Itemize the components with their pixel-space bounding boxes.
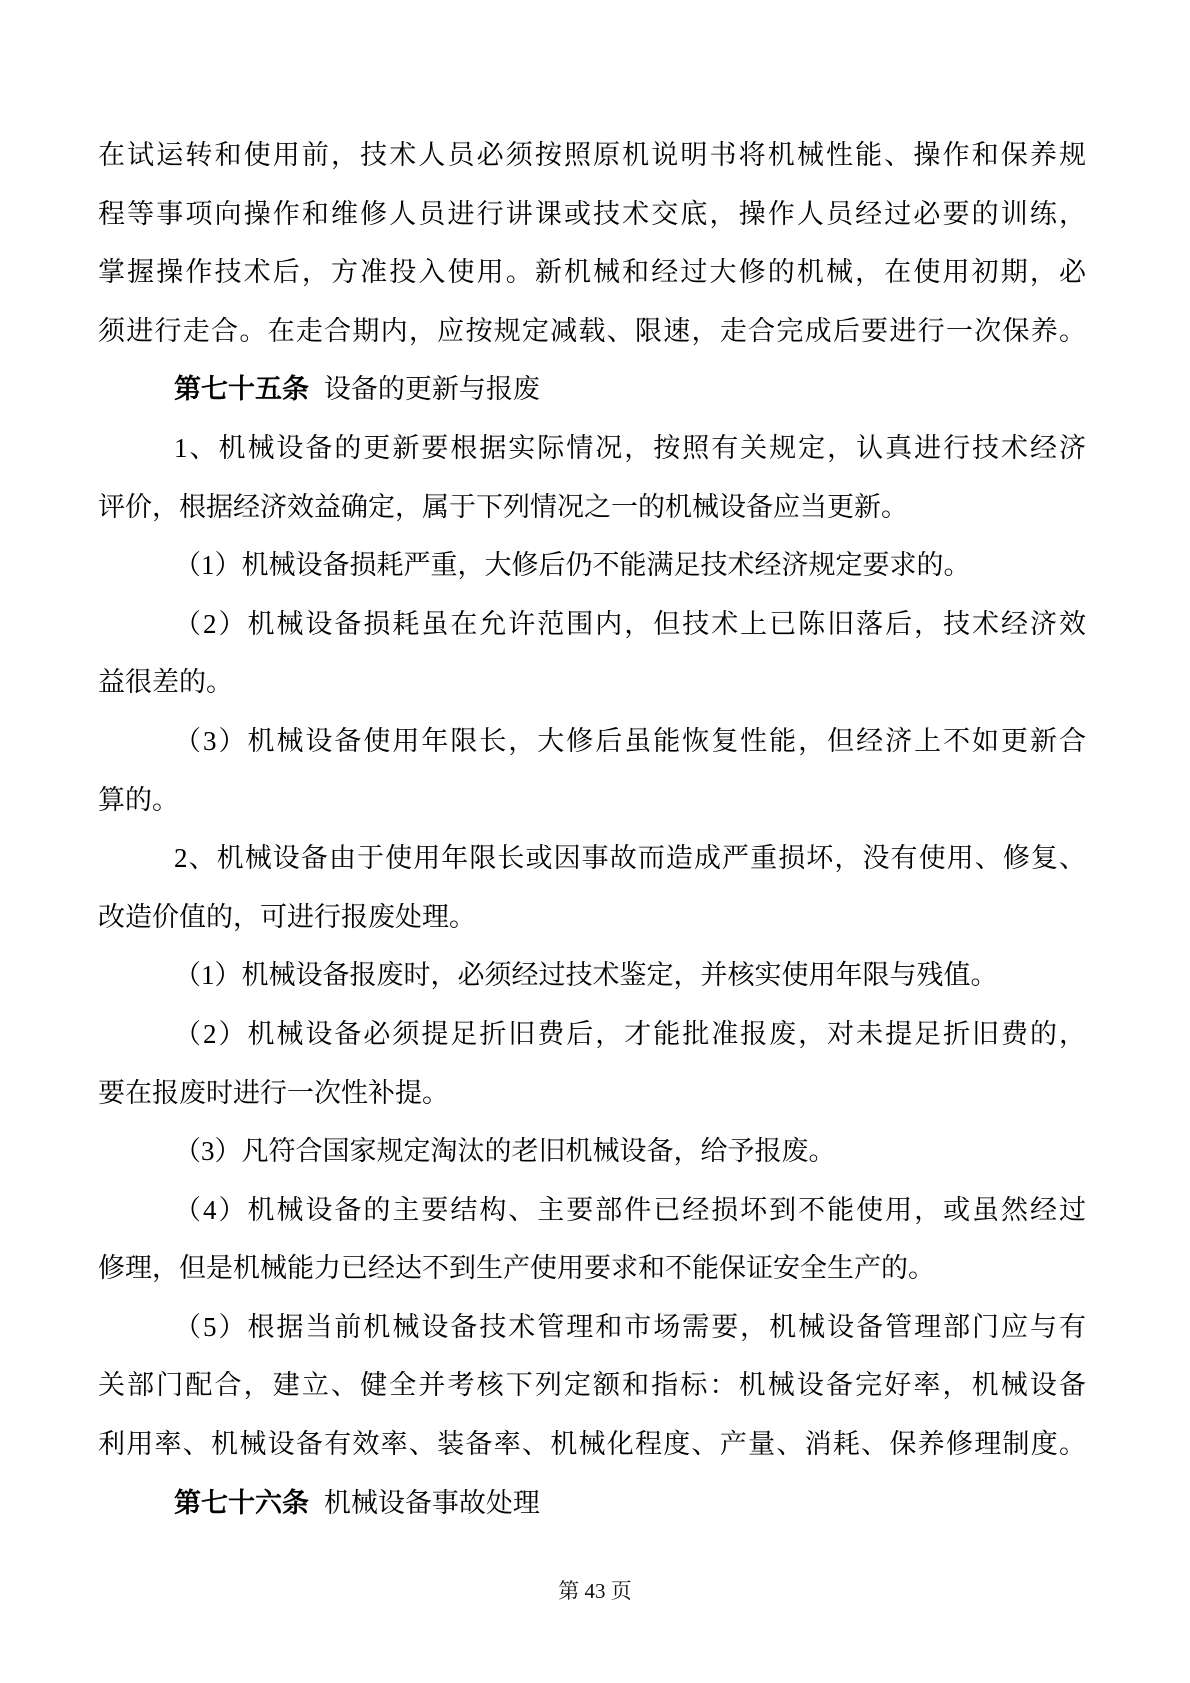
text-line: （3）凡符合国家规定淘汰的老旧机械设备，给予报废。	[98, 1122, 1086, 1181]
article-title: 机械设备事故处理	[324, 1488, 540, 1518]
text-line: （4）机械设备的主要结构、主要部件已经损坏到不能使用，或虽然经过	[98, 1181, 1086, 1240]
text-line: 益很差的。	[98, 653, 1086, 712]
article-number: 第七十五条	[174, 374, 309, 404]
text-line: 关部门配合，建立、健全并考核下列定额和指标：机械设备完好率，机械设备	[98, 1356, 1086, 1415]
page-footer: 第 43 页	[0, 1578, 1190, 1604]
text-line: 2、机械设备由于使用年限长或因事故而造成严重损坏，没有使用、修复、	[98, 829, 1086, 888]
article-heading-76: 第七十六条机械设备事故处理	[98, 1474, 1086, 1533]
text-line: 算的。	[98, 771, 1086, 830]
text-line: （2）机械设备损耗虽在允许范围内，但技术上已陈旧落后，技术经济效	[98, 595, 1086, 654]
clause-scrap-item-4: （4）机械设备的主要结构、主要部件已经损坏到不能使用，或虽然经过 修理，但是机械…	[98, 1181, 1086, 1298]
clause-scrap-item-3: （3）凡符合国家规定淘汰的老旧机械设备，给予报废。	[98, 1122, 1086, 1181]
clause-update-item-2: （2）机械设备损耗虽在允许范围内，但技术上已陈旧落后，技术经济效 益很差的。	[98, 595, 1086, 712]
text-line: 1、机械设备的更新要根据实际情况，按照有关规定，认真进行技术经济	[98, 419, 1086, 478]
article-heading-75: 第七十五条设备的更新与报废	[98, 360, 1086, 419]
text-line: 评价，根据经济效益确定，属于下列情况之一的机械设备应当更新。	[98, 478, 1086, 537]
page-number: 第 43 页	[558, 1579, 632, 1603]
text-line: 修理，但是机械能力已经达不到生产使用要求和不能保证安全生产的。	[98, 1239, 1086, 1298]
text-line: （3）机械设备使用年限长，大修后虽能恢复性能，但经济上不如更新合	[98, 712, 1086, 771]
clause-update-item-3: （3）机械设备使用年限长，大修后虽能恢复性能，但经济上不如更新合 算的。	[98, 712, 1086, 829]
heading-line: 第七十五条设备的更新与报废	[98, 360, 1086, 419]
text-line: 程等事项向操作和维修人员进行讲课或技术交底，操作人员经过必要的训练，	[98, 185, 1086, 244]
text-line: 要在报废时进行一次性补提。	[98, 1064, 1086, 1123]
clause-scrap-item-2: （2）机械设备必须提足折旧费后，才能批准报废，对未提足折旧费的， 要在报废时进行…	[98, 1005, 1086, 1122]
text-line: （1）机械设备损耗严重，大修后仍不能满足技术经济规定要求的。	[98, 536, 1086, 595]
text-line: 掌握操作技术后，方准投入使用。新机械和经过大修的机械，在使用初期，必	[98, 243, 1086, 302]
article-title: 设备的更新与报废	[324, 374, 540, 404]
clause-scrap-item-5: （5）根据当前机械设备技术管理和市场需要，机械设备管理部门应与有 关部门配合，建…	[98, 1298, 1086, 1474]
document-page: 在试运转和使用前，技术人员必须按照原机说明书将机械性能、操作和保养规 程等事项向…	[0, 0, 1190, 1683]
heading-line: 第七十六条机械设备事故处理	[98, 1474, 1086, 1533]
paragraph-continuation: 在试运转和使用前，技术人员必须按照原机说明书将机械性能、操作和保养规 程等事项向…	[98, 126, 1086, 360]
text-line: 在试运转和使用前，技术人员必须按照原机说明书将机械性能、操作和保养规	[98, 126, 1086, 185]
document-body: 在试运转和使用前，技术人员必须按照原机说明书将机械性能、操作和保养规 程等事项向…	[98, 126, 1086, 1532]
text-line: 改造价值的，可进行报废处理。	[98, 888, 1086, 947]
article-number: 第七十六条	[174, 1488, 309, 1518]
clause-update-item-1: （1）机械设备损耗严重，大修后仍不能满足技术经济规定要求的。	[98, 536, 1086, 595]
text-line: 须进行走合。在走合期内，应按规定减载、限速，走合完成后要进行一次保养。	[98, 302, 1086, 361]
clause-2-scrap: 2、机械设备由于使用年限长或因事故而造成严重损坏，没有使用、修复、 改造价值的，…	[98, 829, 1086, 946]
clause-scrap-item-1: （1）机械设备报废时，必须经过技术鉴定，并核实使用年限与残值。	[98, 946, 1086, 1005]
text-line: 利用率、机械设备有效率、装备率、机械化程度、产量、消耗、保养修理制度。	[98, 1415, 1086, 1474]
text-line: （1）机械设备报废时，必须经过技术鉴定，并核实使用年限与残值。	[98, 946, 1086, 1005]
clause-1-update: 1、机械设备的更新要根据实际情况，按照有关规定，认真进行技术经济 评价，根据经济…	[98, 419, 1086, 536]
text-line: （5）根据当前机械设备技术管理和市场需要，机械设备管理部门应与有	[98, 1298, 1086, 1357]
text-line: （2）机械设备必须提足折旧费后，才能批准报废，对未提足折旧费的，	[98, 1005, 1086, 1064]
